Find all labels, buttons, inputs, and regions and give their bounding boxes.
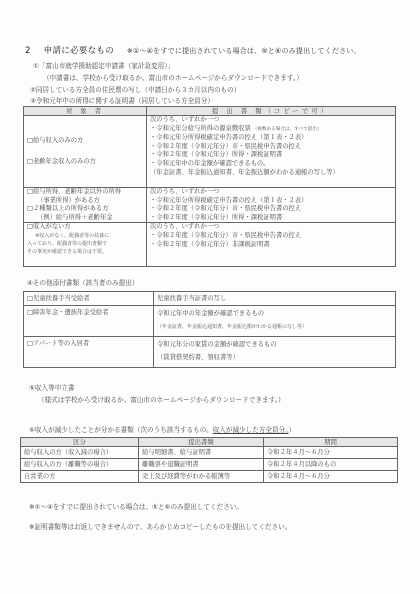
doc-note: （年金証書、年金振込通知書、年金振込額がわかる通帳の写し等） <box>157 321 392 333</box>
doc: 令和元年中の年金額が確認できるもの <box>157 306 392 321</box>
docs-intro: 次のうち、いずれか一つ <box>150 116 392 125</box>
subject: □アパート等の入居者 <box>27 337 150 350</box>
doc-item: ・令和元年分給与所得の源泉徴収票 （複数ある場合は、すべて提出） <box>150 125 392 135</box>
subject: □２種類以上の所得がある方 <box>27 205 143 214</box>
docs-intro: 次のうち、いずれか一つ <box>150 223 392 232</box>
table-row: 自営業の方 売上及び経費等がわかる帳簿等 令和２年４月～６月分 <box>21 471 398 483</box>
item5-sub: （様式は学校から受け取るか、富山市のホームページからダウンロードできます。） <box>38 394 285 404</box>
table6-header-period: 期間 <box>264 438 398 447</box>
subject: □老齢年金収入のみの方 <box>27 158 143 167</box>
doc-item: ・令和元年分所得税確定申告書の控え（第１表・２表） <box>150 197 392 206</box>
doc: 給与明細書、給与証明書 <box>142 447 260 458</box>
category: 給与収入の方（離職等の場合） <box>24 459 135 470</box>
table-row: 給与収入の方（離職等の場合） 離職票や退職証明書 令和２年４月以降のもの <box>21 459 398 471</box>
table-row: □障害年金・遺族年金受給者 令和元年中の年金額が確認できるもの （年金証書、年金… <box>24 306 396 337</box>
subject-note: その事実が確認できる場合は不要。 <box>27 248 143 256</box>
doc-item: ・令和２年度（令和元年分）市・県民税申告書の控え <box>150 205 392 214</box>
doc-item: ・令和２年度（令和元年分）非課税証明書 <box>150 241 392 250</box>
period: 令和２年４月～６月分 <box>267 447 394 458</box>
subject: □給与所得、老齢年金以外の所得 <box>27 188 143 197</box>
item3-label: ③令和元年中の所得に関する証明書（同居している方全員分） <box>30 95 214 105</box>
section-number: 2 <box>25 46 31 56</box>
doc: 離職票や退職証明書 <box>142 459 260 470</box>
income-proof-table: 対 象 者 提 出 書 類（コピーで可） □給与収入のみの方 □老齢年金収入のみ… <box>23 106 396 267</box>
table1-header-subject: 対 象 者 <box>24 107 147 116</box>
doc: 令和元年分の家賃の金額が確認できるもの <box>157 337 392 352</box>
subject: □障害年金・遺族年金受給者 <box>27 306 150 319</box>
income-decrease-table: 区分 提出書類 期間 給与収入の方（収入減の場合） 給与明細書、給与証明書 令和… <box>20 437 398 483</box>
doc-note: （賃貸借契約書、領収書等） <box>157 352 392 364</box>
item2-label: ②同居している方全員の住民票の写し（申請日から３カ月以内のもの） <box>30 84 240 94</box>
table-row: □給与収入のみの方 □老齢年金収入のみの方 次のうち、いずれか一つ ・令和元年分… <box>24 116 396 188</box>
subject-note: 入っており、配偶者等の提出書類で <box>27 240 143 248</box>
table1-header-docs: 提 出 書 類（コピーで可） <box>147 107 396 116</box>
table-row: □アパート等の入居者 令和元年分の家賃の金額が確認できるもの （賃貸借契約書、領… <box>24 337 396 368</box>
table-row: □児童扶養手当受給者 児童扶養手当証書の写し <box>24 292 396 306</box>
doc-item: ・令和２年度（令和元年分）市・県民税申告書の控え <box>150 232 392 241</box>
subject: （例）給与所得＋老齢年金 <box>27 214 143 223</box>
subject: （事業所得）がある方 <box>27 197 143 206</box>
item6-label: ⑥収入が減少したことが分かる書類（次のうち該当するもの。収入が減少した方全員分。… <box>29 424 295 434</box>
footer-note-2: ※証明書類等はお返しできませんので、あらかじめコピーしたものを提出してください。 <box>29 521 291 531</box>
doc-item: ・令和元年分所得税確定申告書の控え（第１表・２表） <box>150 134 392 143</box>
doc-item: ・令和２年度（令和元年分）所得・課税証明書 <box>150 214 392 223</box>
section-note: ※①～④をすでに提出されている場合は、⑤と⑥のみ提出してください。 <box>127 47 361 55</box>
table6-header-docs: 提出書類 <box>139 438 264 447</box>
item4-label: ④その他添付書類（該当者のみ提出） <box>27 277 138 287</box>
period: 令和２年４月以降のもの <box>267 459 394 470</box>
subject-note: ※収入がなく、配偶者等の扶養に <box>27 232 143 240</box>
section-heading: 2 申請に必要なもの ※①～④をすでに提出されている場合は、⑤と⑥のみ提出してく… <box>25 44 361 56</box>
other-documents-table: □児童扶養手当受給者 児童扶養手当証書の写し □障害年金・遺族年金受給者 令和元… <box>23 291 396 368</box>
subject: □児童扶養手当受給者 <box>27 292 150 305</box>
item5-label: ⑤収入等申立書 <box>29 382 74 392</box>
doc-item: （年金証書、年金振込通知書、年金振込額がわかる通帳の写し等） <box>150 169 392 178</box>
period: 令和２年４月～６月分 <box>267 471 394 482</box>
table-row: □給与所得、老齢年金以外の所得 （事業所得）がある方 □２種類以上の所得がある方… <box>24 188 396 223</box>
category: 給与収入の方（収入減の場合） <box>24 447 135 458</box>
subject: □収入がない方 <box>27 223 143 232</box>
footer-note-1: ※①～④をすでに提出されている場合は、⑤と⑥のみ提出してください。 <box>29 501 243 511</box>
doc: 売上及び経費等がわかる帳簿等 <box>142 471 260 482</box>
table6-header-category: 区分 <box>21 438 139 447</box>
table-row: 給与収入の方（収入減の場合） 給与明細書、給与証明書 令和２年４月～６月分 <box>21 447 398 459</box>
item1-label: ①「富山市就学援助認定申請書（家計急変用）」 <box>33 60 174 70</box>
doc-item: ・令和元年中の年金額が確認できるもの。 <box>150 160 392 169</box>
section-title: 申請に必要なもの <box>44 46 114 56</box>
item1-sub: （申請書は、学校から受け取るか、富山市のホームページからダウンロードできます。） <box>43 72 303 82</box>
doc-item: ・令和２年度（令和元年分）所得・課税証明書 <box>150 151 392 160</box>
doc: 児童扶養手当証書の写し <box>157 292 392 305</box>
category: 自営業の方 <box>24 471 135 482</box>
subject: □給与収入のみの方 <box>27 137 143 146</box>
table-row: □収入がない方 ※収入がなく、配偶者等の扶養に 入っており、配偶者等の提出書類で… <box>24 223 396 267</box>
docs-intro: 次のうち、いずれか一つ <box>150 188 392 197</box>
